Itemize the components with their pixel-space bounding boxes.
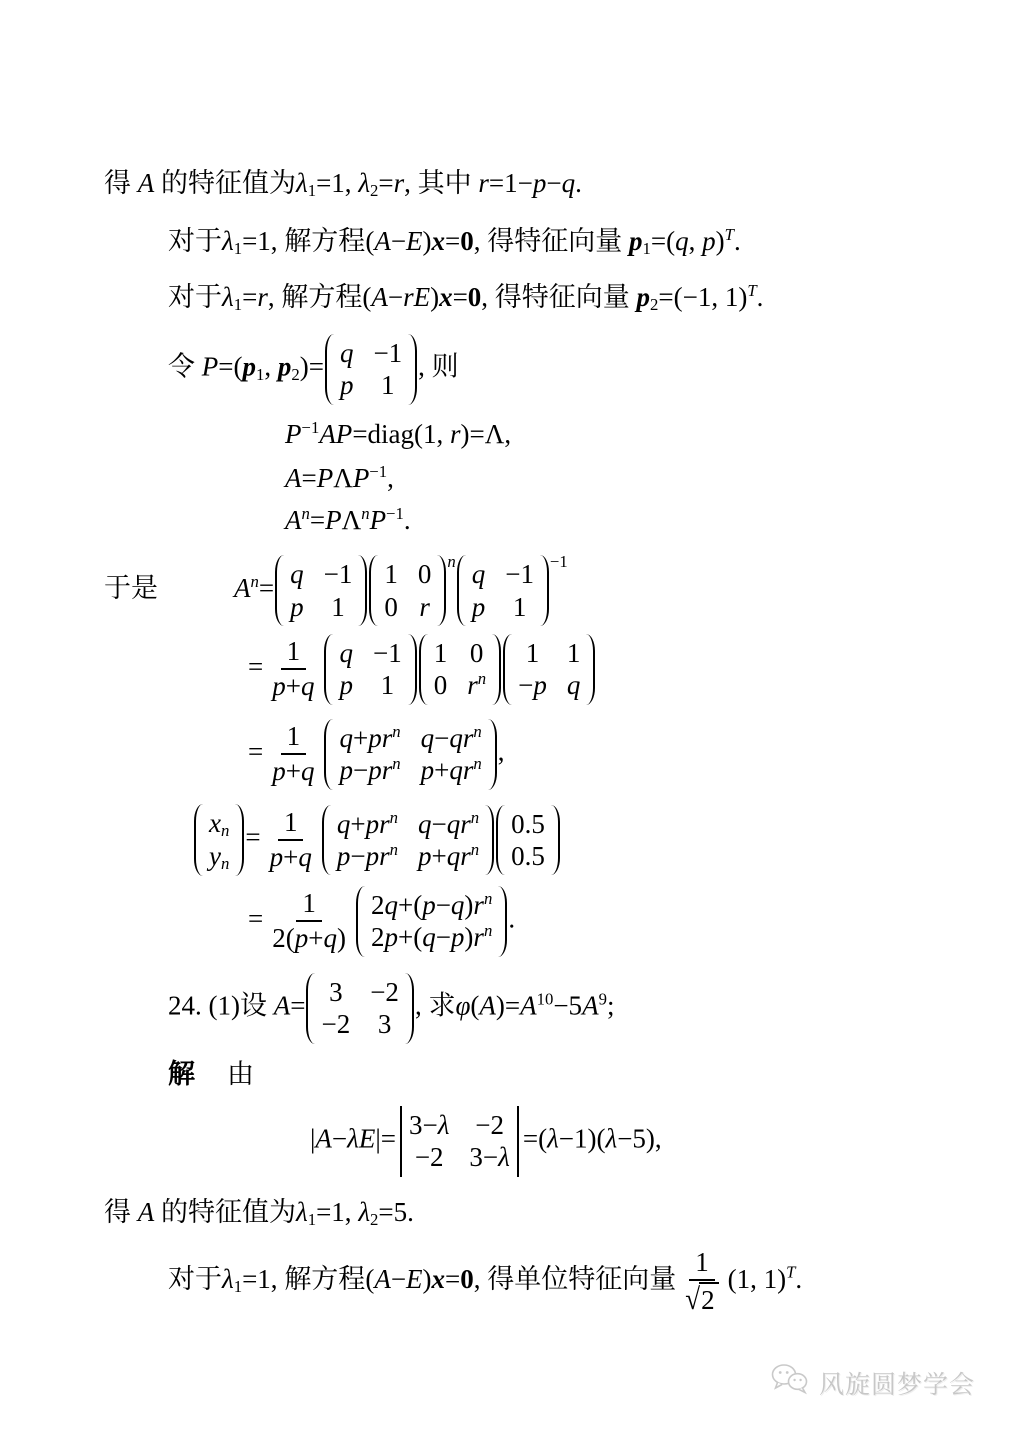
math-vector: x [432, 226, 446, 256]
math-variable: n [390, 840, 398, 859]
math-roman: )=Λ, [461, 419, 512, 449]
superscript: n [473, 754, 481, 773]
math-roman: 1 [434, 638, 448, 668]
math-variable: p [384, 922, 398, 952]
math-variable: qr [449, 755, 473, 785]
math-variable: n [471, 840, 479, 859]
math-variable: r [394, 168, 405, 198]
math-roman: − [434, 723, 449, 753]
math-variable: q [337, 809, 351, 839]
math-roman: 2 [701, 1285, 715, 1315]
math-roman: . [795, 1264, 802, 1294]
math-variable: n [302, 504, 310, 523]
math-variable: λ [222, 226, 234, 256]
math-variable: n [484, 889, 492, 908]
line-problem-24: 24. (1)设 A=3−2−23, 求φ(A)=A10−5A9; [168, 973, 614, 1044]
math-roman: − [436, 922, 451, 952]
line-thus-An: 于是An=q−1p1100rnq−1p1−1 [104, 554, 568, 626]
math-variable: n [447, 552, 455, 571]
math-variable: q [384, 890, 398, 920]
text-cjk: 对于 [168, 282, 222, 312]
math-variable: p [422, 890, 436, 920]
superscript: −1 [550, 552, 568, 571]
math-variable: λ [547, 1124, 559, 1154]
fraction: 1√2 [679, 1247, 724, 1316]
fraction: 1p+q [266, 721, 320, 787]
math-variable: P [370, 505, 387, 535]
radical: √2 [685, 1282, 718, 1316]
math-roman: 1 [234, 295, 242, 314]
math-variable: q [451, 890, 465, 920]
math-variable: q [290, 559, 304, 589]
superscript: n [361, 504, 369, 523]
math-variable: r [473, 922, 484, 952]
math-variable: A [479, 991, 496, 1021]
math-roman: =1, [242, 226, 284, 256]
math-roman: , [481, 282, 495, 312]
superscript: −1 [386, 504, 404, 523]
line-xn-yn: xnyn=1p+qq+prnq−qrnp−prnp+qrn0.50.5 [193, 804, 561, 876]
superscript: T [747, 281, 756, 300]
line-eigenvalues-5: 得 A 的特征值为λ1=1, λ2=5. [104, 1196, 414, 1230]
math-variable: q [323, 923, 337, 953]
math-variable: λE [347, 1124, 375, 1154]
text-cjk: 则 [432, 352, 459, 382]
math-variable: P [202, 352, 219, 382]
line-An-result: =1p+qq+prnq−qrnp−prnp+qrn, [248, 719, 504, 790]
math-roman: = [445, 226, 460, 256]
math-roman: ( [362, 282, 371, 312]
math-roman: 1 [302, 888, 316, 918]
math-roman: = [248, 737, 263, 767]
math-roman: ) [430, 282, 439, 312]
determinant: 3−λ−2−23−λ [397, 1106, 522, 1177]
math-roman: 1 [513, 592, 527, 622]
math-variable: n [473, 722, 481, 741]
math-variable: n [471, 807, 479, 826]
math-roman: ( [365, 1264, 374, 1294]
math-roman: 9 [599, 990, 607, 1009]
math-roman: − [518, 670, 533, 700]
math-roman: , [418, 352, 432, 382]
text-cjk: 的特征值为 [154, 1197, 296, 1227]
math-variable: n [392, 722, 400, 741]
superscript: n [471, 840, 479, 859]
math-variable: λ [498, 1142, 510, 1172]
math-variable: T [786, 1263, 795, 1282]
math-variable: n [390, 807, 398, 826]
math-roman: 24. (1) [168, 991, 240, 1021]
math-roman: 2 [371, 890, 385, 920]
math-variable: rE [403, 282, 430, 312]
math-roman: , [689, 226, 703, 256]
math-roman: 2 [371, 922, 385, 952]
subscript: 2 [291, 365, 299, 384]
math-variable: p [272, 756, 286, 786]
math-roman: −1)( [559, 1124, 606, 1154]
line-An-step2: =1p+qq−1p1100rn11−pq [248, 634, 596, 705]
math-roman: −1 [324, 559, 353, 589]
solution-text: 得 A 的特征值为λ1=1, λ2=r, 其中 r=1−p−q.对于λ1=1, … [0, 0, 1011, 1431]
math-vector: x [439, 282, 453, 312]
math-variable: n [392, 754, 400, 773]
math-variable: P [285, 419, 302, 449]
math-roman: −1 [386, 504, 404, 523]
superscript: n [392, 722, 400, 741]
math-variable: pr [368, 723, 392, 753]
line-diagonalization: P−1AP=diag(1, r)=Λ, [285, 418, 511, 452]
text-cjk: 解方程 [284, 1264, 365, 1294]
math-variable: pr [366, 809, 390, 839]
math-variable: A [582, 991, 599, 1021]
document-page: { "page": {"background": "#ffffff", "tex… [0, 0, 1011, 1431]
math-variable: A [520, 991, 537, 1021]
math-roman: −2 [475, 1110, 504, 1140]
text-cjk: 得 [104, 1197, 138, 1227]
math-variable: p [270, 842, 284, 872]
math-vector: p [242, 352, 256, 382]
fraction: 12(p+q) [266, 888, 352, 954]
math-roman: + [353, 723, 368, 753]
math-roman: =1− [489, 168, 533, 198]
math-variable: λ [605, 1124, 617, 1154]
math-roman: =1, [316, 1197, 358, 1227]
text-cjk: 于是 [104, 573, 158, 603]
superscript: n [478, 669, 486, 688]
math-roman: 0 [434, 670, 448, 700]
math-variable: λ [222, 282, 234, 312]
matrix: q+prnq−qrnp−prnp+qrn [324, 719, 496, 790]
math-variable: p [337, 841, 351, 871]
math-roman: 2( [272, 923, 295, 953]
math-roman: +( [398, 890, 422, 920]
math-variable: P [325, 505, 342, 535]
line-solution-by: 解由 [168, 1058, 254, 1092]
math-roman: =diag(1, [352, 419, 450, 449]
math-roman: 1 [284, 807, 298, 837]
text-cjk: 令 [168, 352, 202, 382]
fraction: 1p+q [266, 636, 320, 702]
math-roman: . [508, 904, 515, 934]
math-roman: − [332, 1124, 347, 1154]
superscript: 10 [537, 990, 554, 1009]
text-cjk: 得特征向量 [495, 282, 637, 312]
matrix: 2q+(p−q)rn2p+(q−p)rn [356, 886, 507, 957]
math-roman: + [434, 755, 449, 785]
watermark: 风旋圆梦学会 [770, 1362, 975, 1403]
text-cjk: 的特征值为 [154, 168, 296, 198]
math-roman: − [391, 1264, 406, 1294]
math-roman: , [415, 991, 429, 1021]
matrix: 3−2−23 [306, 973, 413, 1044]
superscript: T [725, 225, 734, 244]
math-variable: q [562, 168, 576, 198]
math-variable: n [473, 754, 481, 773]
math-variable: p [533, 168, 547, 198]
math-variable: p [339, 755, 353, 785]
math-roman: 1 [234, 1277, 242, 1296]
superscript: n [251, 572, 259, 591]
math-roman: + [431, 841, 446, 871]
text-cjk: 其中 [418, 168, 479, 198]
math-roman: . [757, 282, 764, 312]
matrix: q+prnq−qrnp−prnp+qrn [322, 805, 494, 876]
math-roman: −5 [553, 991, 582, 1021]
wechat-icon [770, 1362, 810, 1403]
math-roman: = [453, 282, 468, 312]
math-variable: r [257, 282, 268, 312]
math-roman: = [302, 463, 317, 493]
math-vector: p [637, 282, 651, 312]
matrix: 0.50.5 [496, 805, 560, 876]
math-variable: q [301, 756, 315, 786]
math-roman: =( [218, 352, 242, 382]
superscript: n [390, 840, 398, 859]
math-roman: 3− [409, 1110, 438, 1140]
superscript: n [447, 552, 455, 571]
matrix: 100r [369, 555, 446, 626]
math-variable: q [472, 559, 486, 589]
math-variable: P [353, 463, 370, 493]
math-roman: −5), [617, 1124, 661, 1154]
math-roman: −1 [302, 418, 320, 437]
line-characteristic-det: |A−λE|=3−λ−2−23−λ=(λ−1)(λ−5), [310, 1106, 662, 1177]
math-variable: r [478, 168, 489, 198]
superscript: n [392, 754, 400, 773]
math-roman: 3− [469, 1142, 498, 1172]
math-roman: =( [651, 226, 675, 256]
math-variable: n [221, 821, 229, 840]
text-cjk: 求 [428, 991, 455, 1021]
math-roman: 0 [470, 638, 484, 668]
math-roman: 1 [287, 636, 301, 666]
math-roman: (1, 1) [728, 1264, 786, 1294]
math-roman: 1 [331, 592, 345, 622]
math-roman: = [245, 822, 260, 852]
subscript: 1 [234, 295, 242, 314]
matrix: q−1p1 [275, 555, 367, 626]
math-roman: 1 [308, 181, 316, 200]
matrix: xnyn [194, 804, 244, 876]
math-roman: )= [496, 991, 520, 1021]
math-variable: qr [447, 841, 471, 871]
math-roman: −1 [373, 338, 402, 368]
math-bold-zero: 0 [460, 226, 474, 256]
math-roman: − [436, 890, 451, 920]
math-variable: p [340, 370, 354, 400]
subscript: 1 [308, 1210, 316, 1229]
math-variable: r [419, 592, 430, 622]
math-variable: λ [222, 1264, 234, 1294]
math-variable: r [473, 890, 484, 920]
math-variable: p [533, 670, 547, 700]
math-roman: = [290, 991, 305, 1021]
math-roman: = [259, 573, 274, 603]
math-variable: A [374, 226, 391, 256]
math-variable: q [567, 670, 581, 700]
math-variable: pr [366, 841, 390, 871]
math-roman: − [391, 226, 406, 256]
math-roman: −2 [370, 977, 399, 1007]
math-roman: ; [607, 991, 615, 1021]
math-roman: = [248, 652, 263, 682]
math-variable: A [138, 1197, 155, 1227]
math-roman: , [404, 168, 418, 198]
math-vector: p [278, 352, 292, 382]
math-variable: q [340, 338, 354, 368]
math-roman: )= [300, 352, 324, 382]
math-roman: 1 [381, 670, 395, 700]
text-cjk: 解方程 [281, 282, 362, 312]
line-xn-yn-result: =12(p+q)2q+(p−q)rn2p+(q−p)rn. [248, 886, 515, 957]
math-variable: λ [358, 168, 370, 198]
math-variable: E [406, 1264, 423, 1294]
math-roman: , [474, 1264, 488, 1294]
math-variable: T [725, 225, 734, 244]
math-roman: 1 [567, 638, 581, 668]
math-roman: −1 [550, 552, 568, 571]
text-cjk: 得特征向量 [487, 226, 629, 256]
math-bold-zero: 0 [468, 282, 482, 312]
text-cjk-bold: 解 [168, 1059, 195, 1089]
math-roman: −1 [505, 559, 534, 589]
math-roman: 1 [695, 1247, 709, 1277]
subscript: 1 [234, 239, 242, 258]
math-variable: q [421, 723, 435, 753]
math-variable: n [478, 669, 486, 688]
text-cjk: 设 [240, 991, 274, 1021]
math-roman: , [474, 226, 488, 256]
math-roman: . [404, 505, 411, 535]
math-roman: + [286, 756, 301, 786]
math-variable: A [274, 991, 291, 1021]
text-cjk: 得单位特征向量 [487, 1264, 676, 1294]
fraction: 1p+q [264, 807, 318, 873]
subscript: 1 [234, 1277, 242, 1296]
math-variable: p [421, 755, 435, 785]
superscript: n [471, 807, 479, 826]
subscript: n [221, 854, 229, 873]
math-roman: =5. [378, 1197, 413, 1227]
matrix: 11−pq [503, 634, 595, 705]
matrix: 100rn [419, 634, 501, 705]
math-variable: λ [438, 1110, 450, 1140]
math-variable: p [702, 226, 716, 256]
math-variable: n [361, 504, 369, 523]
math-variable: q [339, 723, 353, 753]
math-variable: A [315, 1124, 332, 1154]
text-cjk: 对于 [168, 226, 222, 256]
math-roman: = [310, 505, 325, 535]
math-variable: r [450, 419, 461, 449]
text-cjk: 解方程 [284, 226, 365, 256]
watermark-brand: 风旋圆梦学会 [819, 1365, 975, 1401]
math-roman: ) [337, 923, 346, 953]
math-roman: =1, [242, 1264, 284, 1294]
math-roman: ) [423, 226, 432, 256]
math-roman: 1 [234, 239, 242, 258]
superscript: n [484, 921, 492, 940]
math-variable: p [339, 670, 353, 700]
math-roman: + [286, 671, 301, 701]
math-roman: Λ [333, 463, 353, 493]
math-roman: , [387, 463, 394, 493]
line-unit-eigenvector: 对于λ1=1, 解方程(A−E)x=0, 得单位特征向量1√2(1, 1)T. [168, 1247, 802, 1316]
math-variable: λ [358, 1197, 370, 1227]
math-variable: q [339, 638, 353, 668]
superscript: n [473, 722, 481, 741]
math-roman: =( [523, 1124, 547, 1154]
math-variable: pr [368, 755, 392, 785]
math-roman: 1 [308, 1210, 316, 1229]
math-variable: r [467, 670, 478, 700]
math-roman: 1 [287, 721, 301, 751]
math-roman: , [268, 282, 282, 312]
subscript: 1 [643, 239, 651, 258]
math-variable: q [422, 922, 436, 952]
subscript: 1 [308, 181, 316, 200]
math-variable: qr [447, 809, 471, 839]
math-roman: 2 [291, 365, 299, 384]
math-vector: x [432, 1264, 446, 1294]
math-roman: , [264, 352, 278, 382]
math-roman: ) [423, 1264, 432, 1294]
math-roman: 1 [643, 239, 651, 258]
superscript: −1 [369, 462, 387, 481]
math-variable: n [251, 572, 259, 591]
math-roman: −1 [373, 638, 402, 668]
superscript: 9 [599, 990, 607, 1009]
math-roman: 3 [378, 1009, 392, 1039]
math-variable: q [418, 809, 432, 839]
math-roman: ) [716, 226, 725, 256]
math-roman: =1, [316, 168, 358, 198]
math-bold-zero: 0 [460, 1264, 474, 1294]
math-roman: . [575, 168, 582, 198]
math-variable: y [209, 841, 221, 871]
math-roman: − [546, 168, 561, 198]
line-let-P: 令 P=(p1, p2)=q−1p1, 则 [168, 334, 459, 405]
math-variable: P [317, 463, 334, 493]
math-variable: λ [296, 168, 308, 198]
text-cjk: 对于 [168, 1264, 222, 1294]
math-variable: n [484, 921, 492, 940]
math-roman: 3 [329, 977, 343, 1007]
math-variable: A [374, 1264, 391, 1294]
math-roman: 1 [526, 638, 540, 668]
math-roman: − [350, 841, 365, 871]
line-An-PLnP: An=PΛnP−1. [285, 504, 411, 538]
math-roman: 1 [384, 559, 398, 589]
math-roman: −1 [369, 462, 387, 481]
line-eigenvector-p1: 对于λ1=1, 解方程(A−E)x=0, 得特征向量 p1=(q, p)T. [168, 225, 741, 259]
line-A-PLP: A=PΛP−1, [285, 462, 394, 496]
math-variable: n [221, 854, 229, 873]
math-variable: qr [449, 723, 473, 753]
math-variable: q [301, 671, 315, 701]
superscript: −1 [302, 418, 320, 437]
math-variable: A [371, 282, 388, 312]
math-roman: − [431, 809, 446, 839]
math-roman: |= [375, 1124, 396, 1154]
line-eigenvalues-r: 得 A 的特征值为λ1=1, λ2=r, 其中 r=1−p−q. [104, 167, 582, 201]
matrix: q−1p1 [324, 634, 416, 705]
math-variable: E [406, 226, 423, 256]
math-roman: 0 [418, 559, 432, 589]
text-cjk: 由 [227, 1059, 254, 1089]
math-variable: λ [296, 1197, 308, 1227]
math-roman: + [350, 809, 365, 839]
